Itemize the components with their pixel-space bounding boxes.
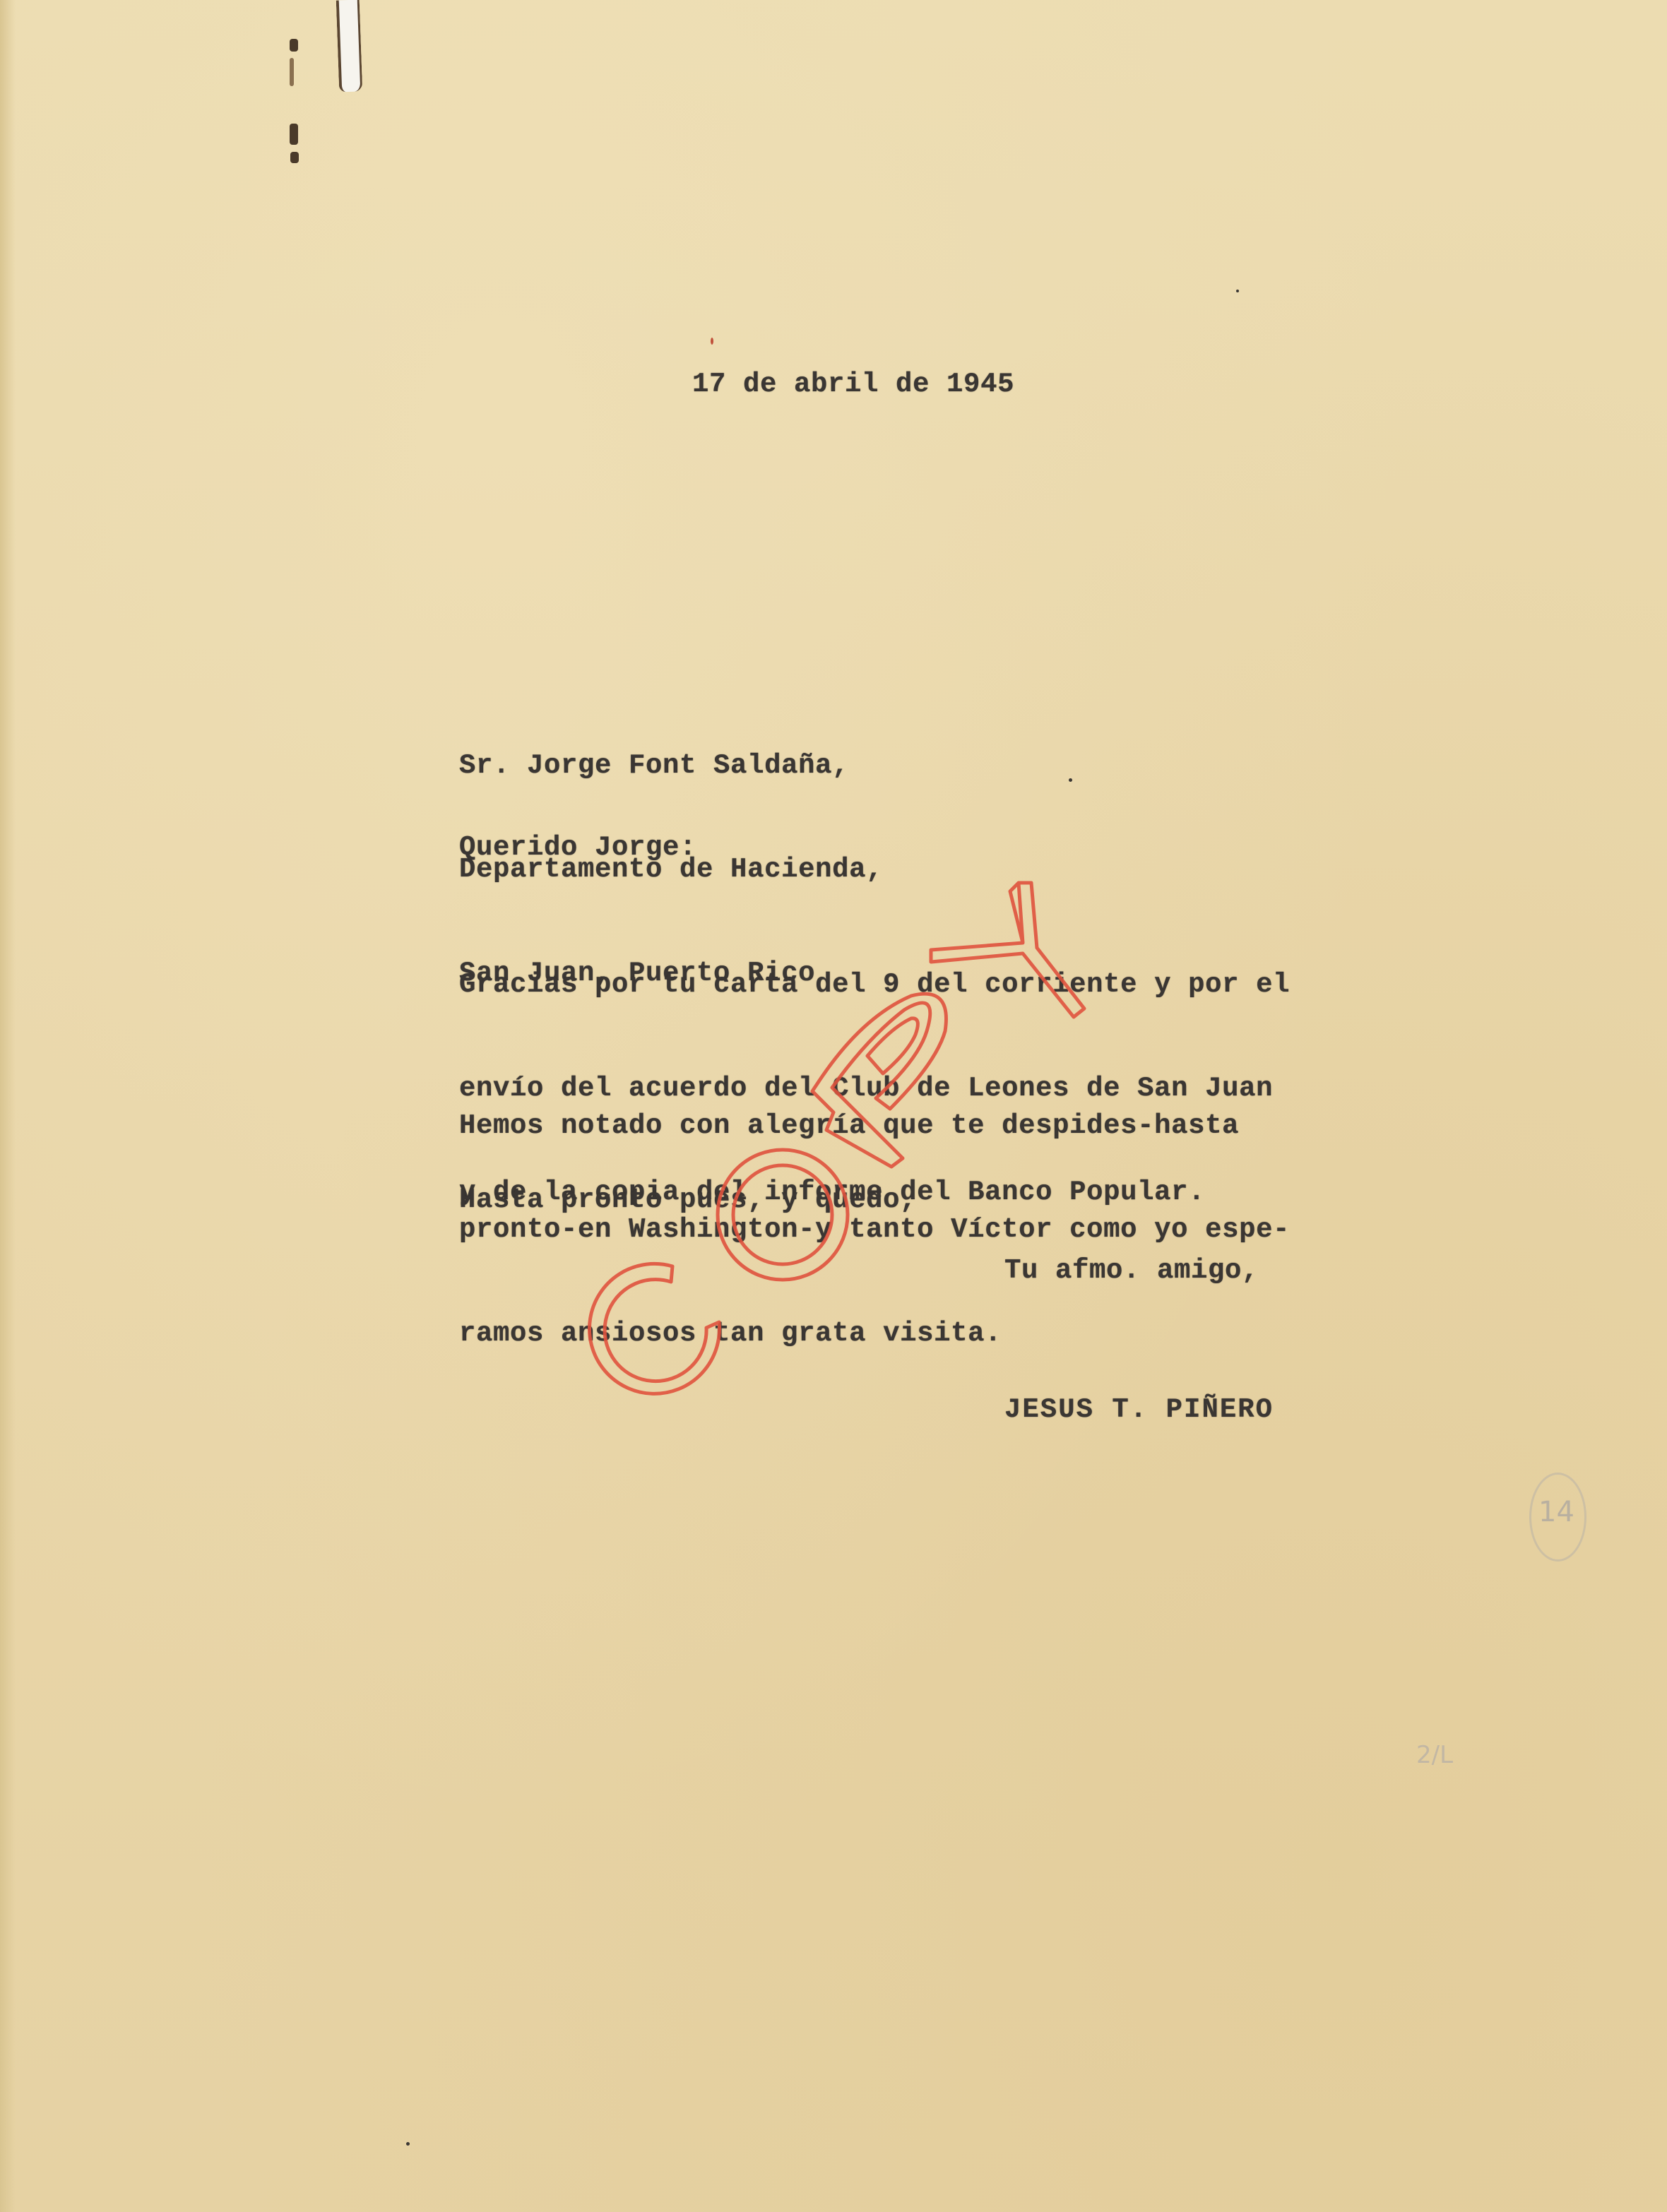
punch-mark bbox=[290, 58, 294, 86]
letter-date: 17 de abril de 1945 bbox=[692, 367, 1014, 402]
paragraph-line: ramos ansiosos tan grata visita. bbox=[459, 1316, 1290, 1351]
paper-left-edge bbox=[0, 0, 16, 2212]
punch-mark bbox=[290, 124, 298, 145]
punch-mark bbox=[290, 152, 299, 163]
speck bbox=[1236, 290, 1239, 292]
address-line: Sr. Jorge Font Saldaña, bbox=[459, 749, 883, 783]
punch-mark bbox=[290, 39, 298, 52]
paragraph-line: pronto-en Washington-y tanto Víctor como… bbox=[459, 1213, 1290, 1247]
signature-name: JESUS T. PIÑERO bbox=[1004, 1393, 1274, 1427]
speck bbox=[1069, 778, 1072, 782]
speck bbox=[406, 2142, 410, 2146]
speck bbox=[711, 338, 713, 345]
closing-line: Hasta pronto pues, y quedo, bbox=[459, 1183, 917, 1218]
complimentary-close: Tu afmo. amigo, bbox=[1004, 1254, 1259, 1288]
paragraph-line: Gracias por tu carta del 9 del corriente… bbox=[459, 968, 1290, 1002]
pencil-page-number: 14 bbox=[1538, 1496, 1574, 1528]
salutation: Querido Jorge: bbox=[459, 831, 696, 865]
paragraph-line: Hemos notado con alegría que te despides… bbox=[459, 1109, 1290, 1143]
paper-tear bbox=[336, 0, 363, 93]
pencil-bottom-note: 2/L bbox=[1416, 1741, 1453, 1769]
